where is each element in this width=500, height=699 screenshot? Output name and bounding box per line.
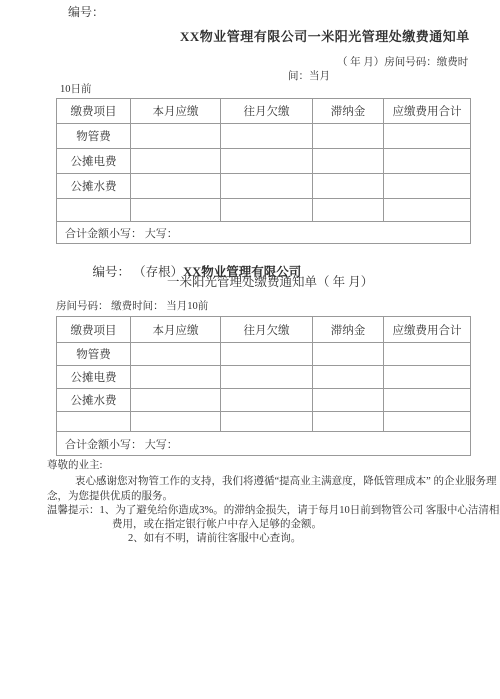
empty-cell	[313, 124, 384, 149]
table-row	[57, 199, 471, 222]
fee-item-label: 物管费	[57, 124, 131, 149]
meta-room-due-line: 房间号码： 缴费时间： 当月10前	[56, 300, 208, 313]
empty-cell	[313, 389, 384, 412]
column-header: 缴费项目	[57, 317, 131, 343]
empty-cell	[221, 389, 313, 412]
column-header: 往月欠缴	[221, 99, 313, 124]
meta-due-date-line: 10日前	[60, 83, 92, 96]
total-amount-label: 合计金额小写： 大写：	[57, 222, 471, 244]
tips-item1-line2: 费用，或在指定银行帐户中存入足够的金额。	[112, 518, 322, 531]
empty-cell	[131, 149, 221, 174]
column-header: 往月欠缴	[221, 317, 313, 343]
column-header: 应缴费用合计	[384, 99, 471, 124]
empty-cell	[221, 412, 313, 432]
table-row: 公摊水费	[57, 389, 471, 412]
empty-cell	[384, 174, 471, 199]
table-header-row: 缴费项目 本月应缴 往月欠缴 滞纳金 应缴费用合计	[57, 99, 471, 124]
total-amount-label: 合计金额小写： 大写：	[57, 432, 471, 456]
empty-cell	[221, 343, 313, 366]
empty-cell	[384, 343, 471, 366]
column-header: 滞纳金	[313, 99, 384, 124]
fee-item-label: 物管费	[57, 343, 131, 366]
empty-cell	[57, 199, 131, 222]
notice-title-1: XX物业管理有限公司一米阳光管理处缴费通知单	[180, 29, 470, 45]
table-row: 物管费	[57, 343, 471, 366]
notice-title-2: 一米阳光管理处缴费通知单（ 年 月）	[167, 275, 373, 291]
empty-cell	[131, 389, 221, 412]
empty-cell	[313, 412, 384, 432]
empty-cell	[384, 199, 471, 222]
empty-cell	[384, 389, 471, 412]
table-total-row: 合计金额小写： 大写：	[57, 432, 471, 456]
table-row	[57, 412, 471, 432]
fee-item-label: 公摊水费	[57, 174, 131, 199]
empty-cell	[131, 124, 221, 149]
table-row: 公摊电费	[57, 149, 471, 174]
thanks-paragraph-line1: 衷心感谢您对物管工作的支持，我们将遵循“提高业主满意度，降低管理成本” 的企业服…	[75, 475, 496, 488]
empty-cell	[313, 174, 384, 199]
empty-cell	[384, 412, 471, 432]
fee-item-label: 公摊电费	[57, 366, 131, 389]
empty-cell	[221, 174, 313, 199]
tips-item1-line1: 温馨提示：1、为了避免给你造成3%。的滞纳金损失，请于每月10日前到物管公司 客…	[47, 504, 500, 517]
column-header: 应缴费用合计	[384, 317, 471, 343]
empty-cell	[131, 199, 221, 222]
empty-cell	[131, 412, 221, 432]
empty-cell	[221, 149, 313, 174]
owner-salutation: 尊敬的业主:	[47, 459, 102, 472]
empty-cell	[221, 124, 313, 149]
table-row: 公摊电费	[57, 366, 471, 389]
empty-cell	[131, 174, 221, 199]
empty-cell	[221, 366, 313, 389]
fee-item-label: 公摊水费	[57, 389, 131, 412]
empty-cell	[57, 412, 131, 432]
empty-cell	[131, 366, 221, 389]
empty-cell	[384, 149, 471, 174]
column-header: 本月应缴	[131, 99, 221, 124]
column-header: 滞纳金	[313, 317, 384, 343]
empty-cell	[313, 149, 384, 174]
table-row: 公摊水费	[57, 174, 471, 199]
empty-cell	[384, 366, 471, 389]
fee-item-label: 公摊电费	[57, 149, 131, 174]
table-row: 物管费	[57, 124, 471, 149]
meta-year-month-room-line2: 间：当月	[288, 70, 330, 83]
column-header: 本月应缴	[131, 317, 221, 343]
document-page: 编号： XX物业管理有限公司一米阳光管理处缴费通知单 （ 年 月）房间号码：缴费…	[0, 0, 500, 699]
table-header-row: 缴费项目 本月应缴 往月欠缴 滞纳金 应缴费用合计	[57, 317, 471, 343]
thanks-paragraph-line2: 念，为您提供优质的服务。	[47, 490, 173, 503]
empty-cell	[313, 343, 384, 366]
empty-cell	[313, 199, 384, 222]
fee-table-1: 缴费项目 本月应缴 往月欠缴 滞纳金 应缴费用合计 物管费 公摊电费	[56, 98, 471, 244]
empty-cell	[221, 199, 313, 222]
table-total-row: 合计金额小写： 大写：	[57, 222, 471, 244]
tips-item2: 2、如有不明，请前往客服中心查询。	[128, 532, 301, 545]
empty-cell	[313, 366, 384, 389]
column-header: 缴费项目	[57, 99, 131, 124]
meta-year-month-room-line1: （ 年 月）房间号码：缴费时	[337, 56, 468, 69]
serial-number-label-1: 编号：	[68, 5, 104, 20]
empty-cell	[384, 124, 471, 149]
fee-table-2: 缴费项目 本月应缴 往月欠缴 滞纳金 应缴费用合计 物管费 公摊电费	[56, 316, 471, 456]
empty-cell	[131, 343, 221, 366]
